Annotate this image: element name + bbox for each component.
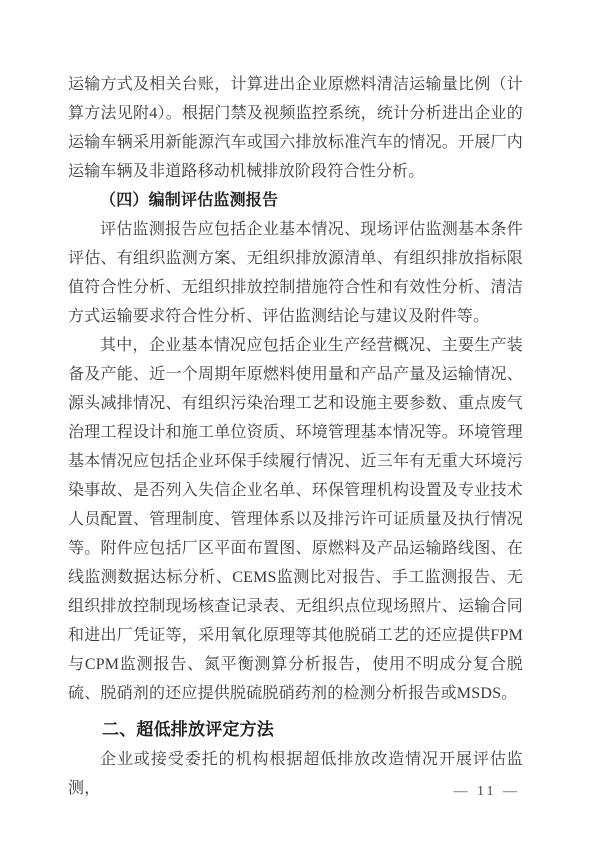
paragraph-report-scope: 评估监测报告应包括企业基本情况、现场评估监测基本条件评估、有组织监测方案、无组织… <box>68 215 523 331</box>
page-number: — 11 — <box>454 783 520 801</box>
paragraph-company-basics: 其中，企业基本情况应包括企业生产经营概况、主要生产装备及产能、近一个周期年原燃料… <box>68 331 523 708</box>
document-text-column: 运输方式及相关台账，计算进出企业原燃料清洁运输量比例（计算方法见附4）。根据门禁… <box>68 70 523 803</box>
document-page: 运输方式及相关台账，计算进出企业原燃料清洁运输量比例（计算方法见附4）。根据门禁… <box>0 0 600 848</box>
heading-section-two: 二、超低排放评定方法 <box>68 715 523 745</box>
paragraph-transport-continued: 运输方式及相关台账，计算进出企业原燃料清洁运输量比例（计算方法见附4）。根据门禁… <box>68 70 523 186</box>
heading-section-four: （四）编制评估监测报告 <box>68 186 523 215</box>
